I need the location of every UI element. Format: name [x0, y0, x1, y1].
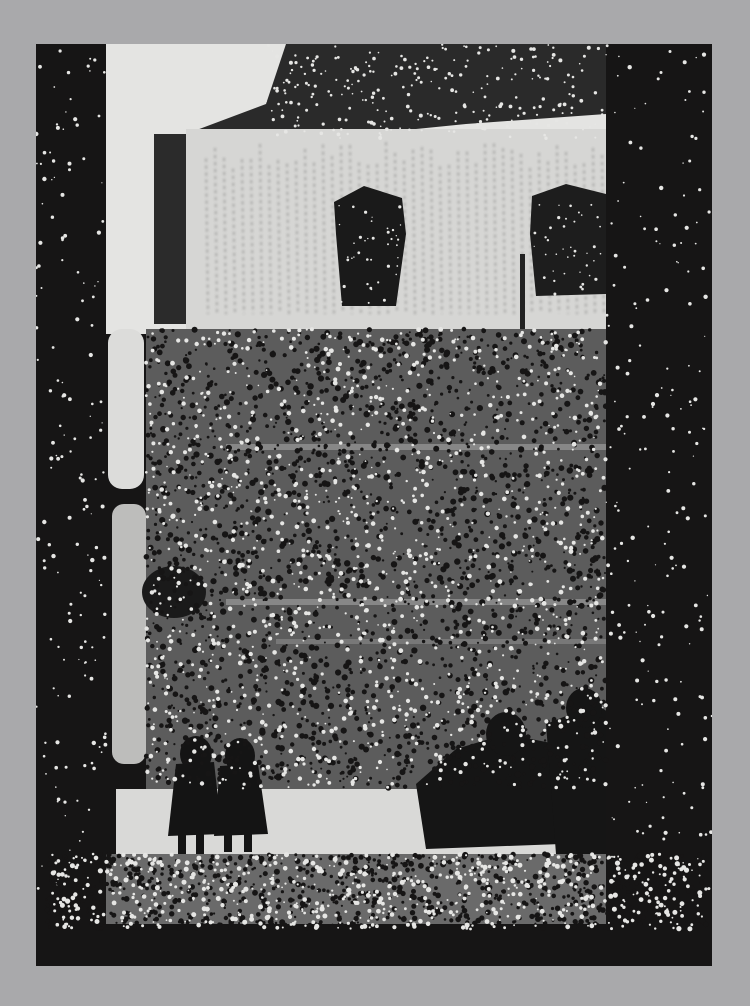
bottom-black-border [46, 924, 702, 966]
photographic-print [36, 44, 712, 966]
light-column [108, 329, 144, 489]
left-dark-border [36, 44, 106, 934]
ledge-1 [226, 444, 606, 450]
lamp-post [520, 254, 525, 336]
snowy-street-scene [36, 44, 712, 966]
right-dark-border [606, 44, 712, 934]
light-column-lower [112, 504, 146, 764]
pillar [154, 134, 186, 324]
